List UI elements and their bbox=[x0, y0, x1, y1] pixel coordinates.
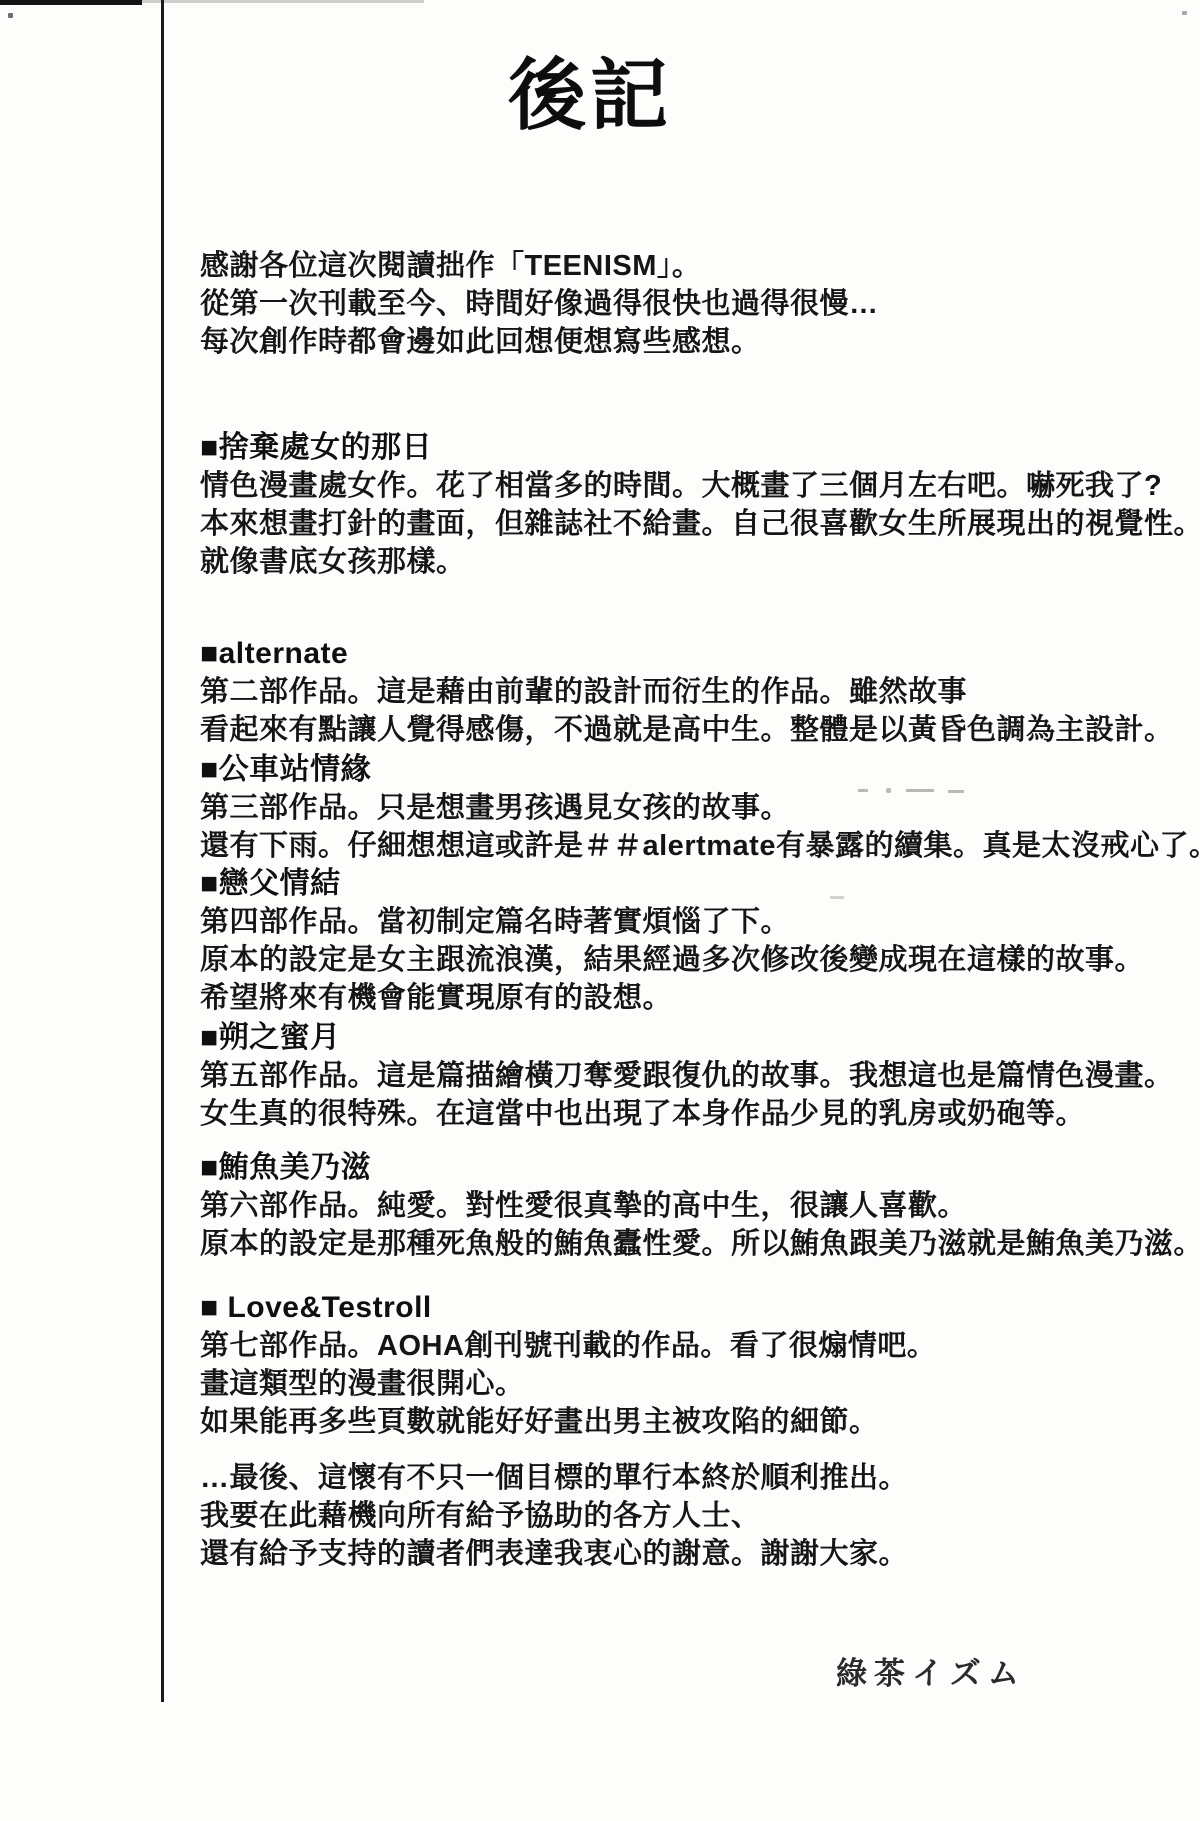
scan-dash-artifact bbox=[886, 788, 891, 793]
section-line: 本來想畫打針的畫面，但雜誌社不給畫。自己很喜歡女生所展現出的視覺性。 bbox=[200, 506, 1200, 542]
section-heading: ■戀父情結 bbox=[200, 866, 341, 902]
section-line: 還有下雨。仔細想想這或許是＃＃alertmate有暴露的續集。真是太沒戒心了。 bbox=[200, 828, 1200, 864]
section-line: 原本的設定是那種死魚般的鮪魚蠹性愛。所以鮪魚跟美乃滋就是鮪魚美乃滋。 bbox=[200, 1226, 1200, 1262]
left-border-rule bbox=[161, 0, 164, 1702]
section-heading: ■ Love&Testroll bbox=[200, 1290, 432, 1326]
intro-line: 每次創作時都會邊如此回想便想寫些感想。 bbox=[200, 324, 761, 360]
author-signature: 綠茶イズム bbox=[836, 1648, 1026, 1693]
section-line: 第四部作品。當初制定篇名時著實煩惱了下。 bbox=[200, 904, 790, 940]
section-line: 希望將來有機會能實現原有的設想。 bbox=[200, 980, 672, 1016]
section-line: 女生真的很特殊。在這當中也出現了本身作品少見的乳房或奶砲等。 bbox=[200, 1096, 1085, 1132]
section-line: 情色漫畫處女作。花了相當多的時間。大概畫了三個月左右吧。嚇死我了? bbox=[200, 468, 1162, 504]
closing-line: 我要在此藉機向所有給予協助的各方人士、 bbox=[200, 1498, 761, 1534]
section-line: 如果能再多些頁數就能好好畫出男主被攻陷的細節。 bbox=[200, 1404, 879, 1440]
section-heading: ■alternate bbox=[200, 636, 348, 672]
scan-dash-artifact bbox=[830, 896, 844, 899]
section-line: 看起來有點讓人覺得感傷，不過就是高中生。整體是以黃昏色調為主設計。 bbox=[200, 712, 1174, 748]
scanned-afterword-page: 後記 感謝各位這次閱讀拙作「TEENISM」。 從第一次刊載至今、時間好像過得很… bbox=[0, 0, 1200, 1821]
section-line: 畫這類型的漫畫很開心。 bbox=[200, 1366, 525, 1402]
section-line: 第五部作品。這是篇描繪橫刀奪愛跟復仇的故事。我想這也是篇情色漫畫。 bbox=[200, 1058, 1174, 1094]
scan-dash-artifact bbox=[858, 789, 868, 792]
section-heading: ■捨棄處女的那日 bbox=[200, 430, 432, 466]
section-line: 原本的設定是女主跟流浪漢，結果經過多次修改後變成現在這樣的故事。 bbox=[200, 942, 1144, 978]
scan-speck-top-left bbox=[8, 13, 13, 18]
scan-dash-artifact bbox=[948, 790, 964, 793]
section-heading: ■朔之蜜月 bbox=[200, 1020, 341, 1056]
section-line: 就像書底女孩那樣。 bbox=[200, 544, 466, 580]
closing-line: …最後、這懷有不只一個目標的單行本終於順利推出。 bbox=[200, 1460, 908, 1496]
section-line: 第三部作品。只是想畫男孩遇見女孩的故事。 bbox=[200, 790, 790, 826]
section-line: 第六部作品。純愛。對性愛很真摯的高中生，很讓人喜歡。 bbox=[200, 1188, 967, 1224]
intro-line: 感謝各位這次閱讀拙作「TEENISM」。 bbox=[200, 248, 701, 284]
scan-top-edge-bar bbox=[0, 0, 142, 5]
section-line: 第七部作品。AOHA創刊號刊載的作品。看了很煽情吧。 bbox=[200, 1328, 936, 1364]
section-line: 第二部作品。這是藉由前輩的設計而衍生的作品。雖然故事 bbox=[200, 674, 967, 710]
scan-top-edge-smudge bbox=[142, 0, 424, 3]
scan-speck-top-right bbox=[1182, 11, 1187, 15]
page-title: 後記 bbox=[160, 56, 1020, 134]
intro-line: 從第一次刊載至今、時間好像過得很快也過得很慢… bbox=[200, 286, 879, 322]
closing-line: 還有給予支持的讀者們表達我衷心的謝意。謝謝大家。 bbox=[200, 1536, 908, 1572]
section-heading: ■公車站情緣 bbox=[200, 752, 371, 788]
scan-dash-artifact bbox=[906, 789, 934, 792]
section-heading: ■鮪魚美乃滋 bbox=[200, 1150, 371, 1186]
